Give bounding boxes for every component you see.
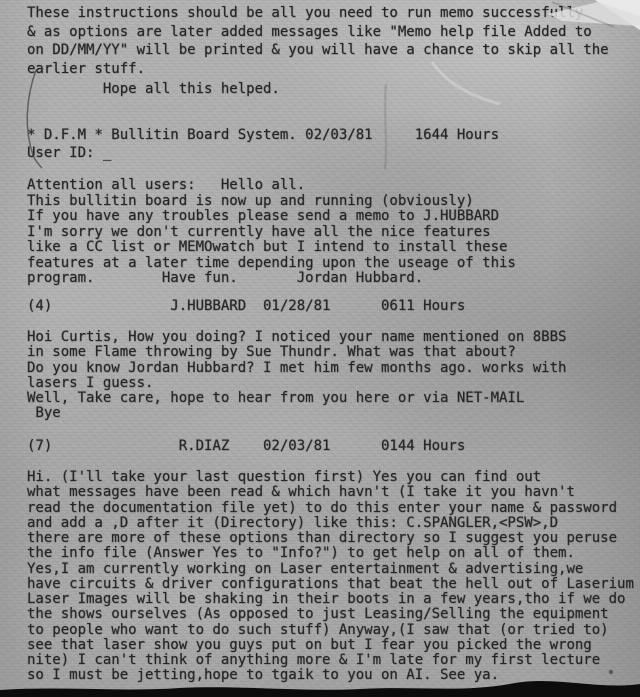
hope-note: Hope all this helped.: [27, 80, 280, 99]
message-7-header: (7) R.DIAZ 02/03/81 0144 Hours: [27, 439, 465, 455]
bbs-title-line: * D.F.M * Bullitin Board System. 02/03/8…: [27, 126, 499, 144]
scanned-bbs-printout: These instructions should be all you nee…: [0, 0, 640, 697]
announcement-text: Attention all users: Hello all. This bul…: [27, 178, 516, 287]
instructions-paragraph: These instructions should be all you nee…: [27, 4, 609, 79]
message-7-body: Hi. (I'll take your last question first)…: [27, 470, 634, 684]
message-4-header: (4) J.HUBBARD 01/28/81 0611 Hours: [27, 299, 465, 315]
user-id-prompt: User ID: _: [27, 144, 111, 162]
message-4-body: Hoi Curtis, How you doing? I noticed you…: [27, 330, 566, 422]
